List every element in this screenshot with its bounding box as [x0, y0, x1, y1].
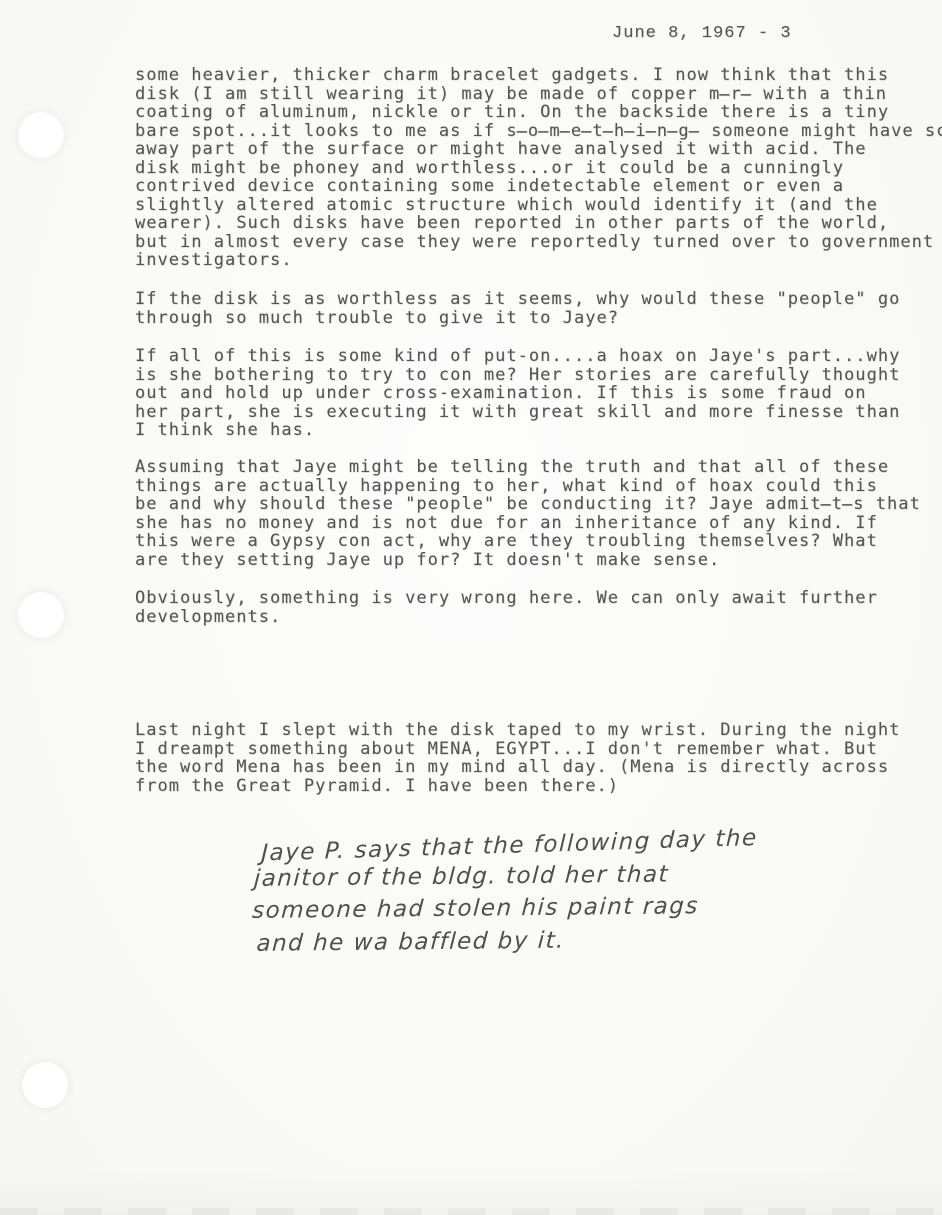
typed-paragraph-1: some heavier, thicker charm bracelet gad…	[135, 66, 942, 270]
handwritten-note-line: janitor of the bldg. told her that	[253, 858, 811, 895]
typed-paragraph-5: Obviously, something is very wrong here.…	[135, 589, 878, 626]
page-header-date: June 8, 1967 - 3	[612, 24, 792, 43]
handwritten-note-line: and he wa baffled by it.	[256, 923, 812, 960]
typed-paragraph-2: If the disk is as worthless as it seems,…	[135, 290, 900, 327]
typed-paragraph-6: Last night I slept with the disk taped t…	[135, 721, 900, 795]
punch-hole	[18, 112, 64, 158]
handwritten-note: Jaye P. says that the following day the …	[249, 827, 810, 960]
handwritten-note-line: someone had stolen his paint rags	[251, 890, 811, 927]
typed-paragraph-4: Assuming that Jaye might be telling the …	[135, 458, 921, 569]
punch-hole	[18, 592, 64, 638]
typed-paragraph-3: If all of this is some kind of put-on...…	[135, 347, 900, 440]
punch-hole	[22, 1062, 68, 1108]
scanned-document-page: June 8, 1967 - 3 some heavier, thicker c…	[0, 0, 942, 1215]
scan-bottom-edge-artifact	[0, 1208, 942, 1215]
